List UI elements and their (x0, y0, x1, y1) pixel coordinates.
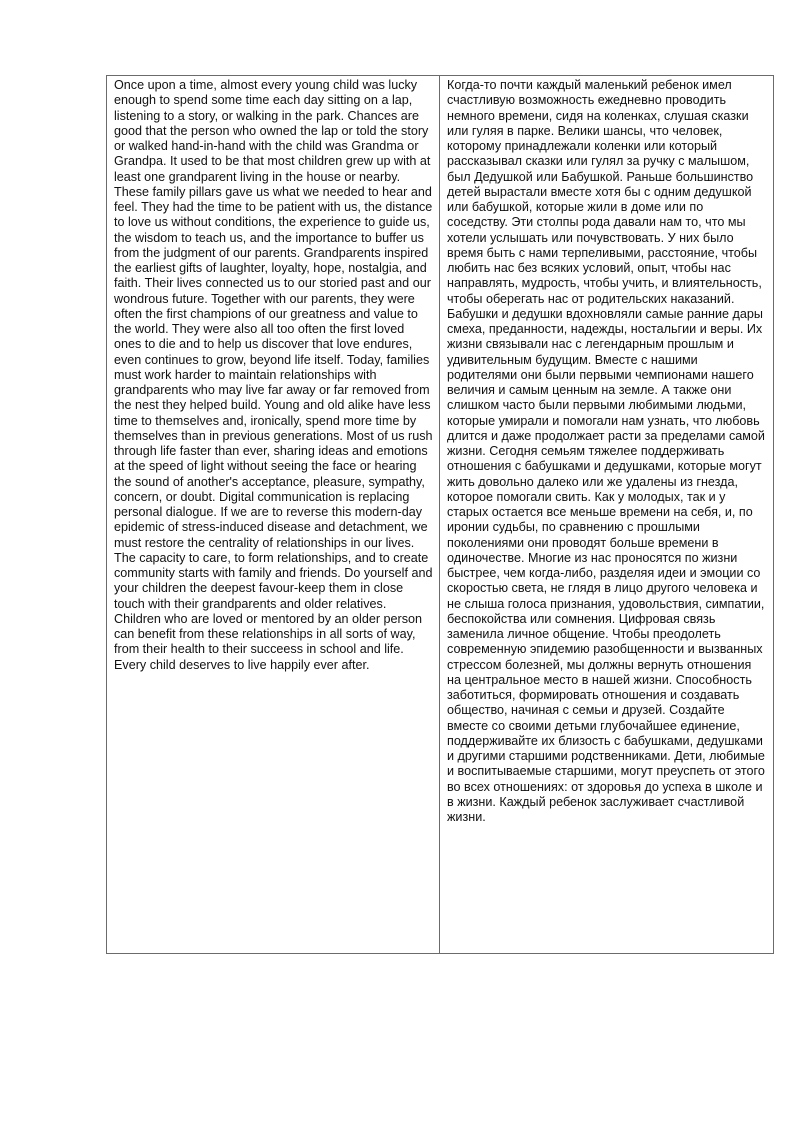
russian-paragraph: Когда-то почти каждый маленький ребенок … (447, 78, 767, 825)
english-text-cell: Once upon a time, almost every young chi… (107, 76, 440, 954)
english-paragraph: Once upon a time, almost every young chi… (114, 78, 433, 673)
bilingual-text-table: Once upon a time, almost every young chi… (106, 75, 774, 954)
russian-text-cell: Когда-то почти каждый маленький ребенок … (440, 76, 774, 954)
table-row: Once upon a time, almost every young chi… (107, 76, 774, 954)
document-page: Once upon a time, almost every young chi… (0, 0, 794, 1123)
